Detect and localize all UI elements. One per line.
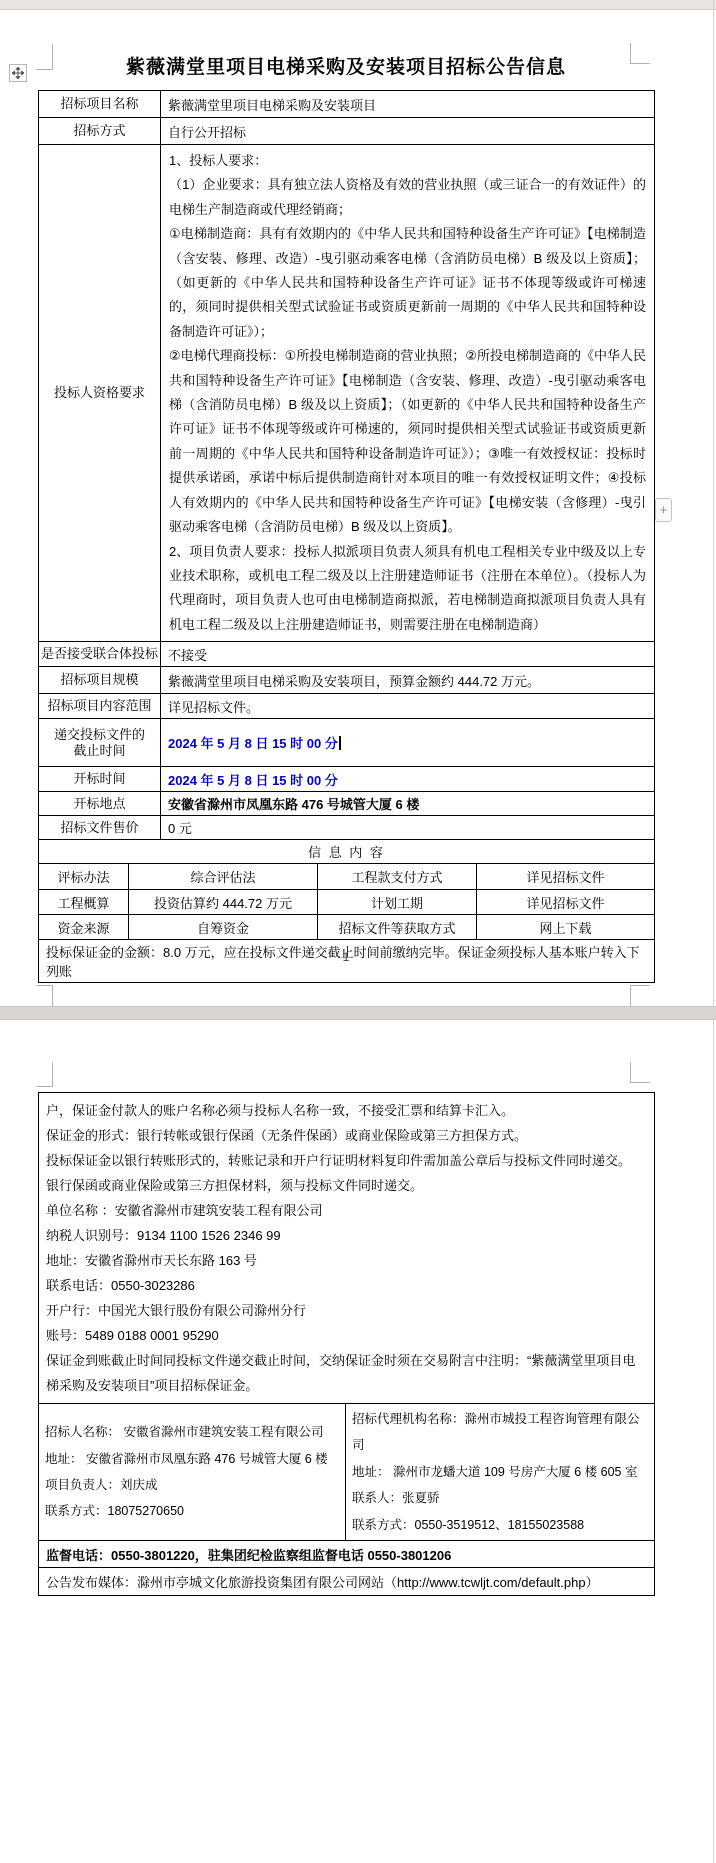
crop-mark-bottom-right bbox=[630, 985, 650, 986]
value-funding-source: 自筹资金 bbox=[129, 915, 318, 940]
crop-mark-page2-top-left bbox=[52, 1062, 53, 1087]
document-canvas: 紫薇满堂里项目电梯采购及安装项目招标公告信息 招标项目名称 紫薇满堂里项目电梯采… bbox=[0, 0, 716, 1863]
label-payment-method: 工程款支付方式 bbox=[318, 864, 477, 890]
label-tender-method: 招标方式 bbox=[39, 118, 161, 145]
document-title: 紫薇满堂里项目电梯采购及安装项目招标公告信息 bbox=[38, 52, 654, 79]
agency-contact-cell: 招标代理机构名称：滁州市城投工程咨询管理有限公司 地址： 滁州市龙蟠大道 109… bbox=[346, 1404, 655, 1541]
submission-deadline-text: 2024 年 5 月 8 日 15 时 00 分 bbox=[168, 736, 338, 751]
value-payment-method: 详见招标文件 bbox=[477, 864, 655, 890]
value-document-price: 0 元 bbox=[161, 816, 655, 840]
value-content-scope: 详见招标文件。 bbox=[161, 694, 655, 719]
page-gap bbox=[0, 1006, 716, 1020]
value-opening-time: 2024 年 5 月 8 日 15 时 00 分 bbox=[161, 767, 655, 792]
label-document-price: 招标文件售价 bbox=[39, 816, 161, 840]
crop-mark-bottom-left bbox=[36, 985, 53, 986]
label-document-access: 招标文件等获取方式 bbox=[318, 915, 477, 940]
label-opening-time: 开标时间 bbox=[39, 767, 161, 792]
value-opening-place: 安徽省滁州市凤凰东路 476 号城管大厦 6 楼 bbox=[161, 792, 655, 816]
label-funding-source: 资金来源 bbox=[39, 915, 129, 940]
label-project-name: 招标项目名称 bbox=[39, 91, 161, 118]
info-content-header: 信 息 内 容 bbox=[39, 840, 655, 864]
value-project-estimate: 投资估算约 444.72 万元 bbox=[129, 890, 318, 915]
page-number: 1 bbox=[38, 950, 654, 964]
text-cursor bbox=[339, 736, 341, 750]
value-consortium: 不接受 bbox=[161, 642, 655, 667]
crop-mark-page2-top-right bbox=[630, 1062, 631, 1083]
label-project-estimate: 工程概算 bbox=[39, 890, 129, 915]
value-qualification: 1、投标人要求： （1）企业要求：具有独立法人资格及有效的营业执照（或三证合一的… bbox=[161, 145, 655, 642]
crop-mark-page2-top-left bbox=[36, 1086, 53, 1087]
bidder-contact-cell: 招标人名称： 安徽省滁州市建筑安装工程有限公司 地址： 安徽省滁州市凤凰东路 4… bbox=[39, 1404, 346, 1541]
deposit-contact-table: 户，保证金付款人的账户名称必须与投标人名称一致，不接受汇票和结算卡汇入。 保证金… bbox=[38, 1092, 655, 1596]
tender-info-table: 招标项目名称 紫薇满堂里项目电梯采购及安装项目 招标方式 自行公开招标 投标人资… bbox=[38, 90, 655, 983]
label-qualification: 投标人资格要求 bbox=[39, 145, 161, 642]
crop-mark-bottom-left bbox=[52, 985, 53, 1007]
value-submission-deadline[interactable]: 2024 年 5 月 8 日 15 时 00 分 bbox=[161, 719, 655, 767]
value-project-scale: 紫薇满堂里项目电梯采购及安装项目，预算金额约 444.72 万元。 bbox=[161, 667, 655, 694]
value-document-access: 网上下载 bbox=[477, 915, 655, 940]
value-planned-duration: 详见招标文件 bbox=[477, 890, 655, 915]
label-evaluation-method: 评标办法 bbox=[39, 864, 129, 890]
value-tender-method: 自行公开招标 bbox=[161, 118, 655, 145]
label-project-scale: 招标项目规模 bbox=[39, 667, 161, 694]
table-insert-button[interactable]: + bbox=[655, 498, 672, 522]
crop-mark-page2-top-right bbox=[630, 1082, 650, 1083]
crop-mark-bottom-right bbox=[630, 985, 631, 1007]
deposit-details-paragraphs: 户，保证金付款人的账户名称必须与投标人名称一致，不接受汇票和结算卡汇入。 保证金… bbox=[39, 1093, 655, 1404]
value-evaluation-method: 综合评估法 bbox=[129, 864, 318, 890]
label-planned-duration: 计划工期 bbox=[318, 890, 477, 915]
window-right-edge bbox=[713, 0, 714, 1863]
announcement-media-row: 公告发布媒体：滁州市亭城文化旅游投资集团有限公司网站（http://www.tc… bbox=[39, 1568, 655, 1596]
move-arrows-icon bbox=[12, 67, 24, 79]
table-move-handle[interactable] bbox=[9, 64, 27, 82]
label-submission-deadline: 递交投标文件的 截止时间 bbox=[39, 719, 161, 767]
value-project-name: 紫薇满堂里项目电梯采购及安装项目 bbox=[161, 91, 655, 118]
window-top-strip bbox=[0, 0, 716, 10]
label-consortium: 是否接受联合体投标 bbox=[39, 642, 161, 667]
label-content-scope: 招标项目内容范围 bbox=[39, 694, 161, 719]
label-opening-place: 开标地点 bbox=[39, 792, 161, 816]
supervision-phone-row: 监督电话：0550-3801220，驻集团纪检监察组监督电话 0550-3801… bbox=[39, 1541, 655, 1568]
